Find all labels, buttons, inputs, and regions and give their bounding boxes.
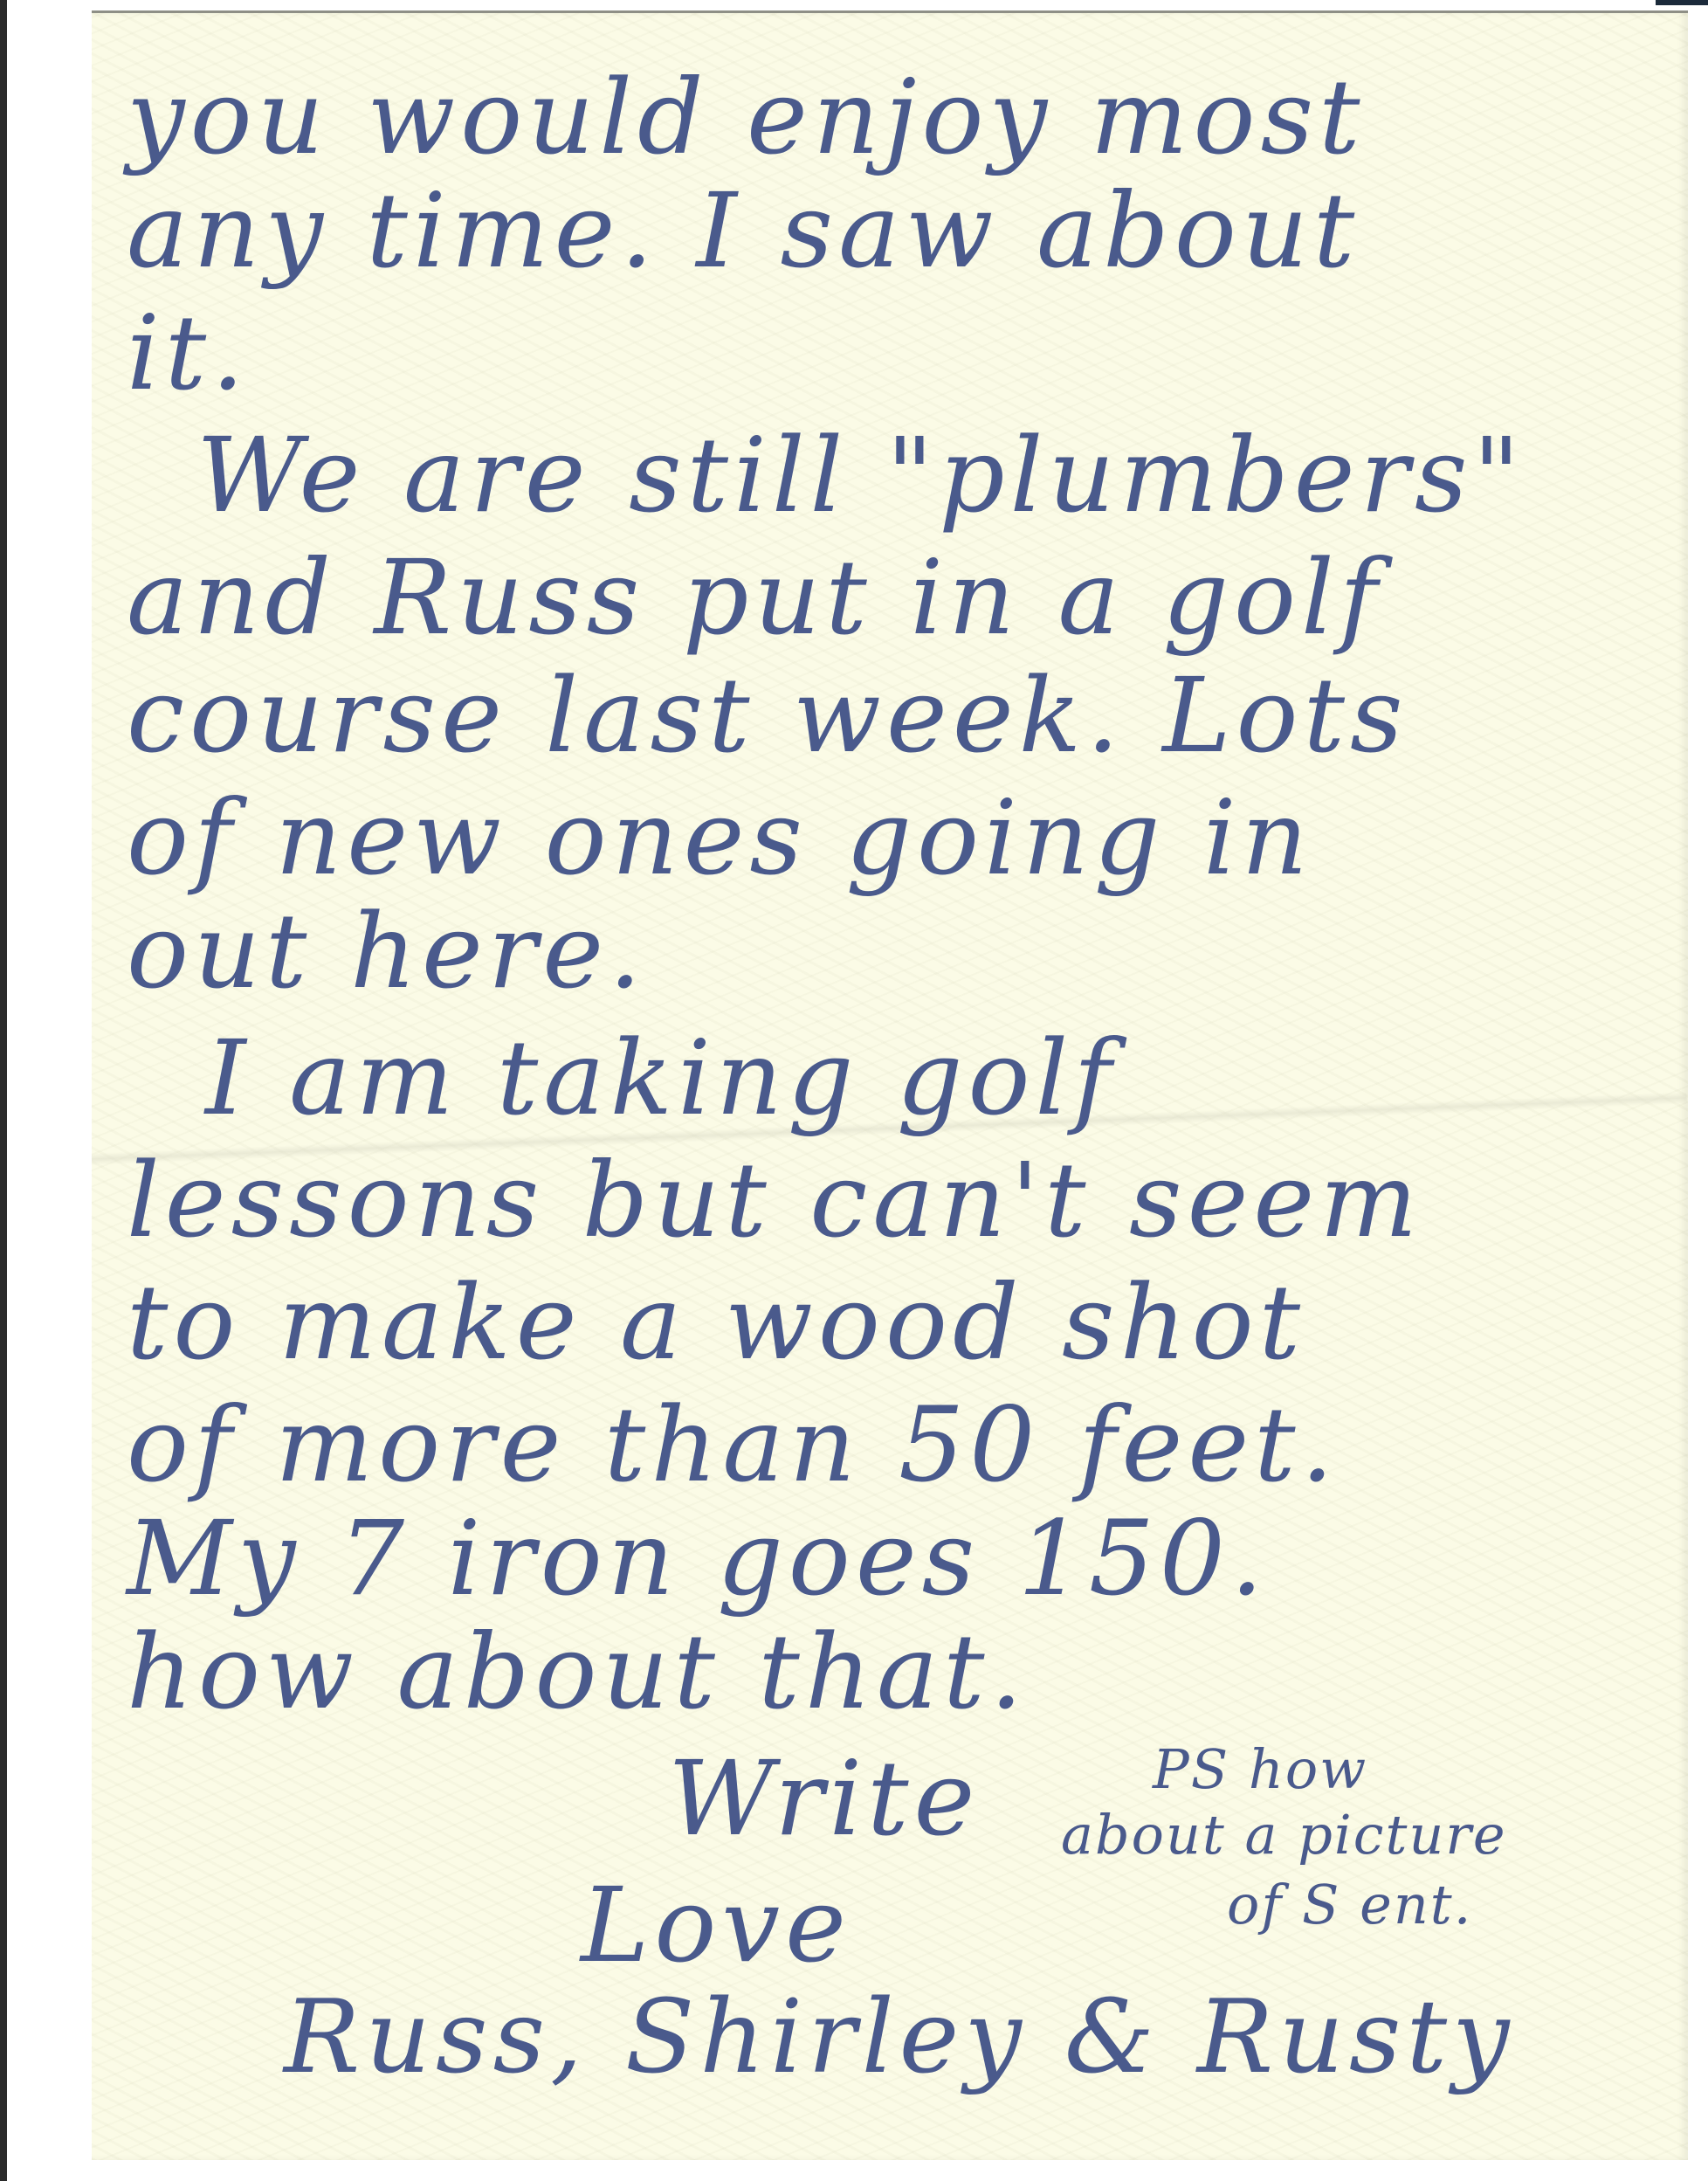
letter-page: you would enjoy most any time. I saw abo… xyxy=(92,10,1688,2160)
letter-line: to make a wood shot xyxy=(127,1271,1305,1374)
scanner-top-edge xyxy=(1656,0,1708,5)
signature: Russ, Shirley & Rusty xyxy=(284,1987,1515,2088)
letter-line: I am taking golf xyxy=(205,1026,1117,1129)
letter-line: how about that. xyxy=(127,1620,1028,1723)
scanner-left-edge xyxy=(0,0,7,2181)
letter-line: and Russ put in a golf xyxy=(127,546,1382,649)
postscript-line: of S ent. xyxy=(1227,1878,1472,1932)
letter-line: any time. I saw about xyxy=(127,179,1360,282)
letter-line: you would enjoy most xyxy=(127,66,1366,169)
letter-line: of new ones going in xyxy=(127,786,1313,889)
letter-line: it. xyxy=(127,301,250,404)
letter-line: course last week. Lots xyxy=(127,664,1408,767)
letter-line: of more than 50 feet. xyxy=(127,1393,1339,1496)
letter-line: lessons but can't seem xyxy=(127,1149,1422,1252)
closing-write: Write xyxy=(668,1747,980,1850)
letter-line: out here. xyxy=(127,900,647,1003)
letter-line: We are still "plumbers" xyxy=(196,424,1525,527)
letter-line: My 7 iron goes 150. xyxy=(127,1507,1268,1610)
postscript-line: PS how xyxy=(1153,1743,1367,1797)
closing-love: Love xyxy=(581,1874,851,1977)
postscript-line: about a picture xyxy=(1061,1808,1507,1862)
